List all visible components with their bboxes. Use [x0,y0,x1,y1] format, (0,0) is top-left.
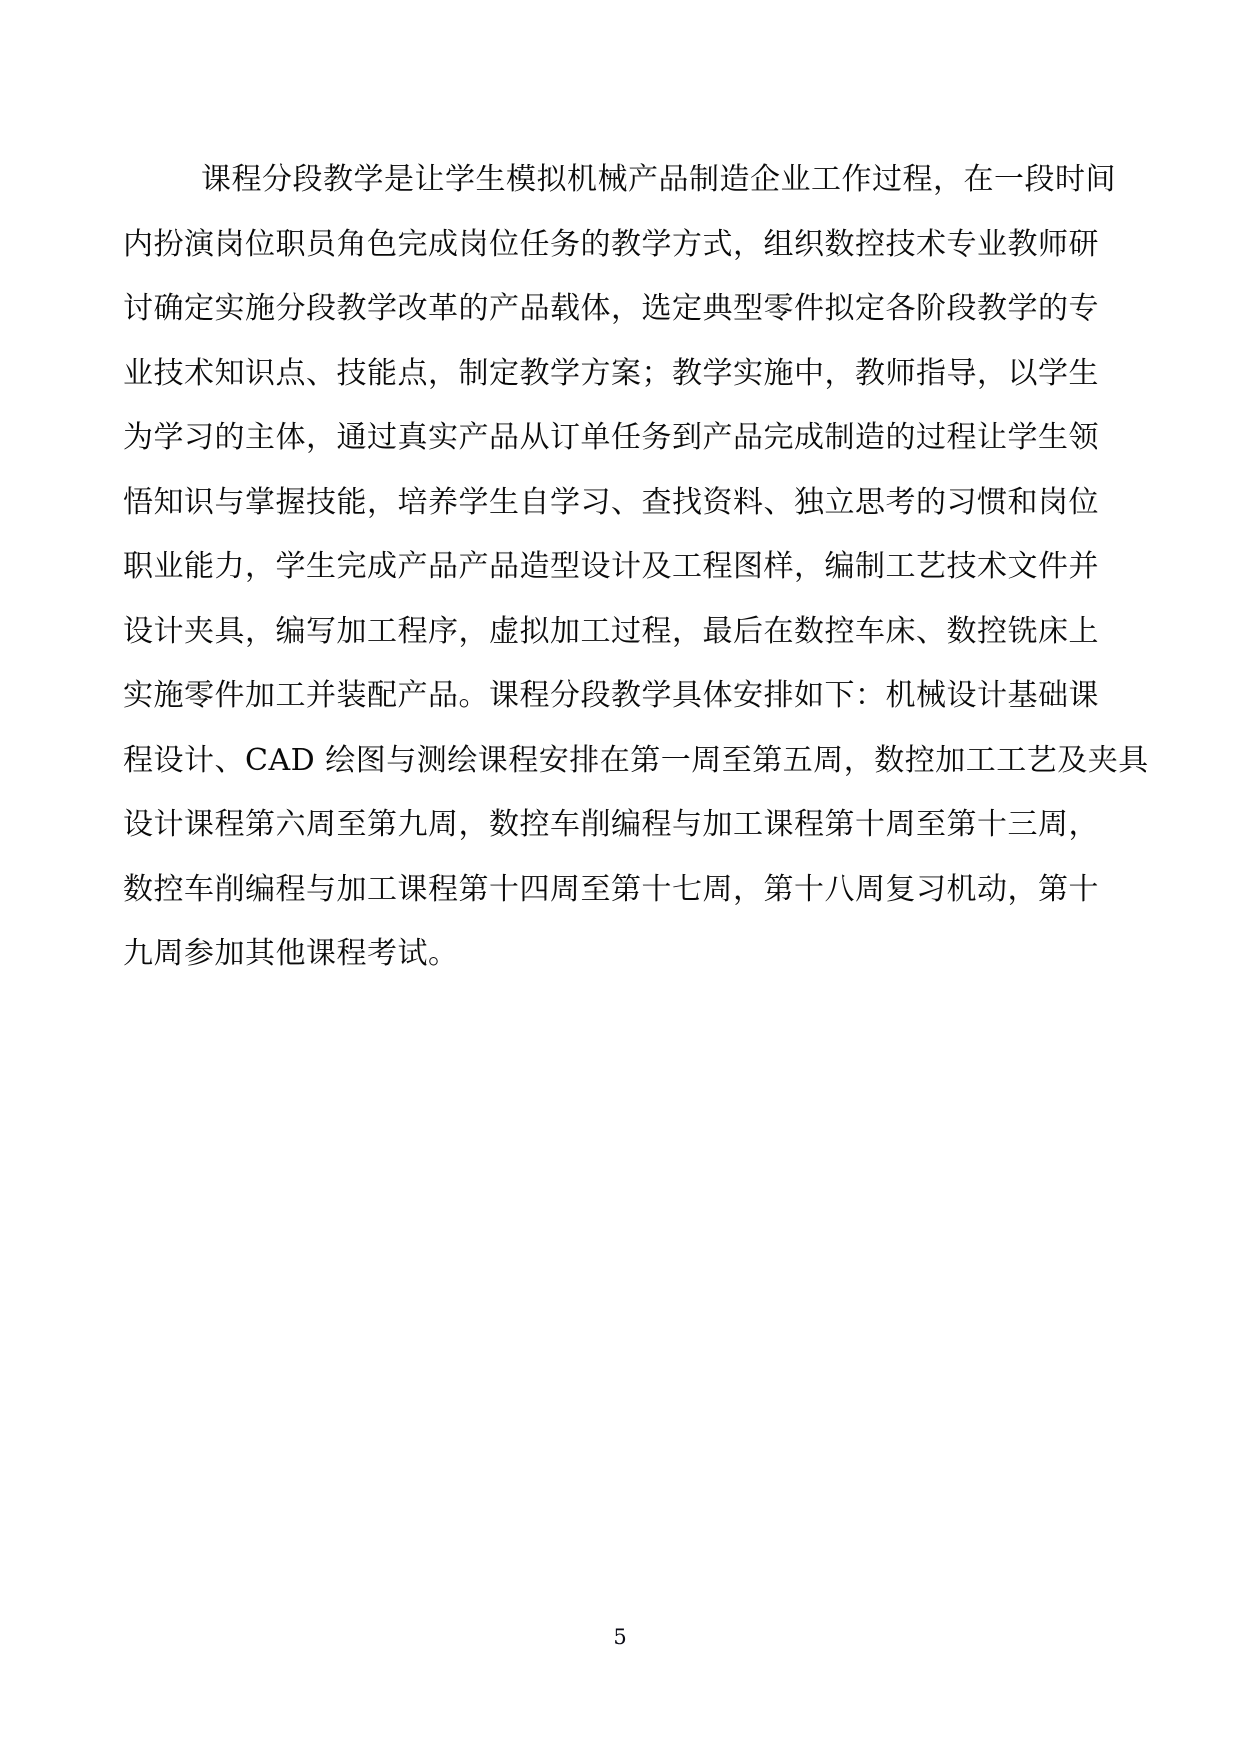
paragraph-line: 业技术知识点、技能点，制定教学方案；教学实施中，教师指导，以学生 [123,342,1098,407]
paragraph-line: 实施零件加工并装配产品。课程分段教学具体安排如下：机械设计基础课 [123,664,1098,729]
paragraph-line: 职业能力，学生完成产品产品造型设计及工程图样，编制工艺技术文件并 [123,535,1098,600]
paragraph-line: 内扮演岗位职员角色完成岗位任务的教学方式，组织数控技术专业教师研 [123,213,1098,278]
body-paragraph: 课程分段教学是让学生模拟机械产品制造企业工作过程，在一段时间 内扮演岗位职员角色… [123,148,1098,987]
paragraph-line: 悟知识与掌握技能，培养学生自学习、查找资料、独立思考的习惯和岗位 [123,471,1098,536]
document-page: 课程分段教学是让学生模拟机械产品制造企业工作过程，在一段时间 内扮演岗位职员角色… [0,0,1240,1754]
paragraph-line: 设计课程第六周至第九周，数控车削编程与加工课程第十周至第十三周， [123,793,1098,858]
paragraph-line: 为学习的主体，通过真实产品从订单任务到产品完成制造的过程让学生领 [123,406,1098,471]
paragraph-line: 课程分段教学是让学生模拟机械产品制造企业工作过程，在一段时间 [123,148,1098,213]
paragraph-line: 数控车削编程与加工课程第十四周至第十七周，第十八周复习机动，第十 [123,858,1098,923]
paragraph-line: 九周参加其他课程考试。 [123,922,1098,987]
paragraph-line: 设计夹具，编写加工程序，虚拟加工过程，最后在数控车床、数控铣床上 [123,600,1098,665]
page-number: 5 [0,1622,1240,1652]
paragraph-line: 讨确定实施分段教学改革的产品载体，选定典型零件拟定各阶段教学的专 [123,277,1098,342]
paragraph-line: 程设计、CAD 绘图与测绘课程安排在第一周至第五周，数控加工工艺及夹具 [123,729,1098,794]
